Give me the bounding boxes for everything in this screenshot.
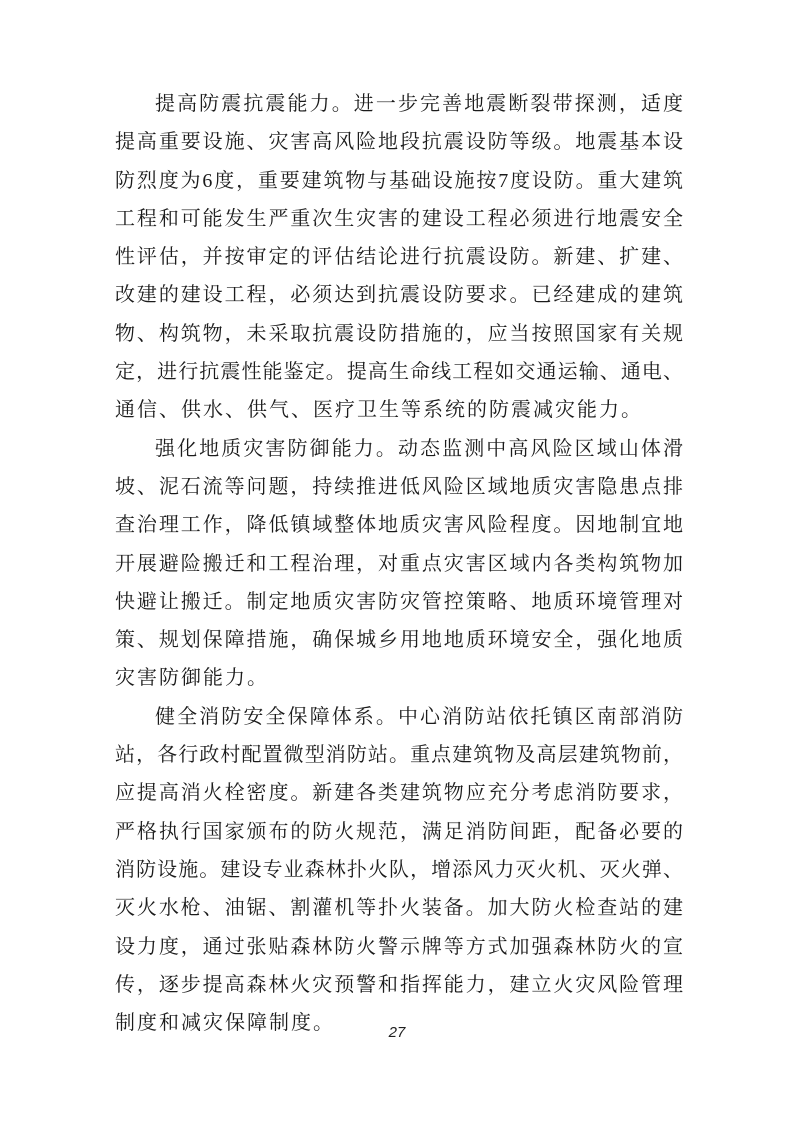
page-body: 提高防震抗震能力。进一步完善地震断裂带探测，适度 提高重要设施、灾害高风险地段抗… [115,85,683,1042]
text-line: 提高重要设施、灾害高风险地段抗震设防等级。地震基本设 [115,123,683,161]
text-line: 物、构筑物，未采取抗震设防措施的，应当按照国家有关规 [115,315,683,353]
text-line: 设力度，通过张贴森林防火警示牌等方式加强森林防火的宣 [115,928,683,966]
text-line: 灭火水枪、油锯、割灌机等扑火装备。加大防火检查站的建 [115,889,683,927]
page-number: 27 [0,1024,794,1041]
text-line: 站，各行政村配置微型消防站。重点建筑物及高层建筑物前， [115,736,683,774]
text-line: 强化地质灾害防御能力。动态监测中高风险区域山体滑 [115,430,683,468]
text-line: 查治理工作，降低镇域整体地质灾害风险程度。因地制宜地 [115,506,683,544]
text-line: 应提高消火栓密度。新建各类建筑物应充分考虑消防要求， [115,774,683,812]
text-line: 改建的建设工程，必须达到抗震设防要求。已经建成的建筑 [115,276,683,314]
text-line: 工程和可能发生严重次生灾害的建设工程必须进行地震安全 [115,200,683,238]
text-line: 性评估，并按审定的评估结论进行抗震设防。新建、扩建、 [115,238,683,276]
text-line: 健全消防安全保障体系。中心消防站依托镇区南部消防 [115,698,683,736]
text-line: 通信、供水、供气、医疗卫生等系统的防震减灾能力。 [115,391,683,429]
text-line: 传，逐步提高森林火灾预警和指挥能力，建立火灾风险管理 [115,966,683,1004]
text-line: 防烈度为6度，重要建筑物与基础设施按7度设防。重大建筑 [115,162,683,200]
text-line: 消防设施。建设专业森林扑火队，增添风力灭火机、灭火弹、 [115,851,683,889]
text-line: 快避让搬迁。制定地质灾害防灾管控策略、地质环境管理对 [115,583,683,621]
text-line: 灾害防御能力。 [115,659,683,697]
document-page: 提高防震抗震能力。进一步完善地震断裂带探测，适度 提高重要设施、灾害高风险地段抗… [0,0,794,1122]
text-line: 策、规划保障措施，确保城乡用地地质环境安全，强化地质 [115,621,683,659]
text-line: 开展避险搬迁和工程治理，对重点灾害区域内各类构筑物加 [115,545,683,583]
text-line: 坡、泥石流等问题，持续推进低风险区域地质灾害隐患点排 [115,468,683,506]
text-line: 提高防震抗震能力。进一步完善地震断裂带探测，适度 [115,85,683,123]
text-line: 定，进行抗震性能鉴定。提高生命线工程如交通运输、通电、 [115,353,683,391]
text-line: 严格执行国家颁布的防火规范，满足消防间距，配备必要的 [115,813,683,851]
